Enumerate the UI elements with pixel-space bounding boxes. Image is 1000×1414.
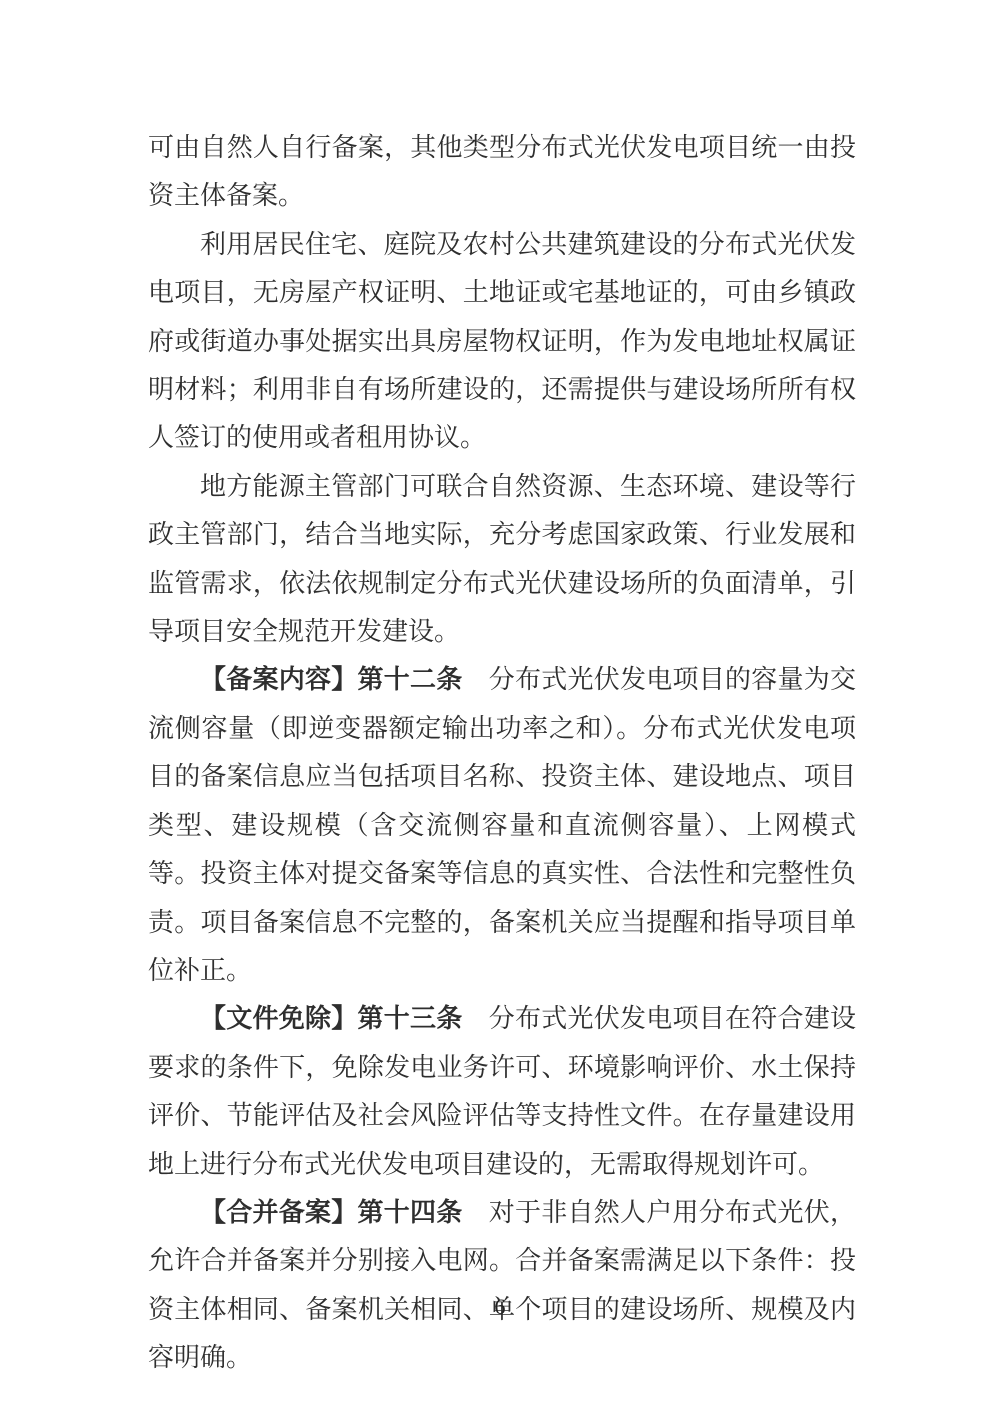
paragraph-article-14: 【合并备案】第十四条 对于非自然人户用分布式光伏，允许合并备案并分别接入电网。合…	[148, 1189, 856, 1383]
article-14-heading: 【合并备案】第十四条	[200, 1198, 463, 1227]
article-13-heading: 【文件免除】第十三条	[200, 1004, 463, 1033]
paragraph-article-12: 【备案内容】第十二条 分布式光伏发电项目的容量为交流侧容量（即逆变器额定输出功率…	[148, 656, 856, 995]
paragraph-text: 分布式光伏发电项目的容量为交流侧容量（即逆变器额定输出功率之和）。分布式光伏发电…	[148, 665, 856, 984]
page-footer: 6	[0, 1292, 1000, 1322]
paragraph-continuation: 可由自然人自行备案，其他类型分布式光伏发电项目统一由投资主体备案。	[148, 124, 856, 221]
paragraph: 地方能源主管部门可联合自然资源、生态环境、建设等行政主管部门，结合当地实际，充分…	[148, 463, 856, 657]
article-12-heading: 【备案内容】第十二条	[200, 665, 463, 694]
paragraph: 利用居民住宅、庭院及农村公共建筑建设的分布式光伏发电项目，无房屋产权证明、土地证…	[148, 221, 856, 463]
page-number: 6	[495, 1294, 506, 1319]
document-body: 可由自然人自行备案，其他类型分布式光伏发电项目统一由投资主体备案。 利用居民住宅…	[148, 124, 856, 1383]
paragraph-text: 地方能源主管部门可联合自然资源、生态环境、建设等行政主管部门，结合当地实际，充分…	[148, 472, 856, 646]
paragraph-text: 可由自然人自行备案，其他类型分布式光伏发电项目统一由投资主体备案。	[148, 133, 856, 210]
document-page: 可由自然人自行备案，其他类型分布式光伏发电项目统一由投资主体备案。 利用居民住宅…	[0, 0, 1000, 1414]
paragraph-article-13: 【文件免除】第十三条 分布式光伏发电项目在符合建设要求的条件下，免除发电业务许可…	[148, 995, 856, 1189]
paragraph-text: 利用居民住宅、庭院及农村公共建筑建设的分布式光伏发电项目，无房屋产权证明、土地证…	[148, 230, 856, 453]
